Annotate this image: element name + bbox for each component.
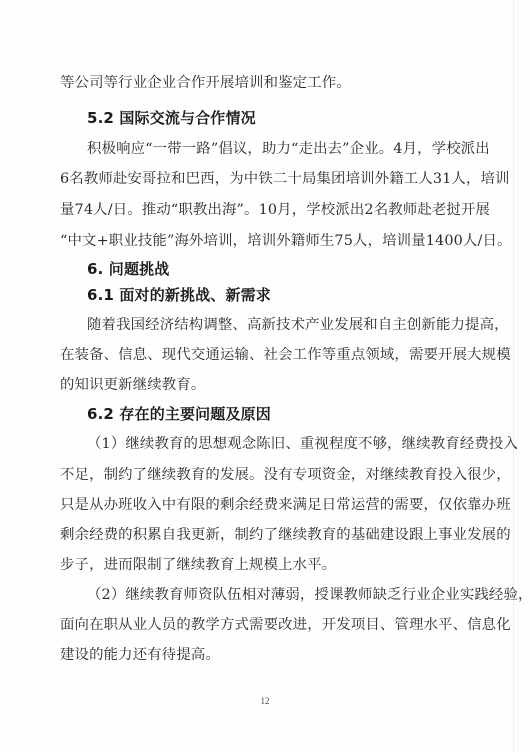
section-heading-6: 6. 问题挑战: [87, 260, 169, 278]
page-edge: [513, 0, 514, 752]
body-line: “中文+职业技能”海外培训，培训外籍师生75人，培训量1400人/日。: [60, 232, 512, 250]
body-line: （2）继续教育师资队伍相对薄弱，授课教师缺乏行业企业实践经验，: [87, 586, 530, 604]
body-line: 在装备、信息、现代交通运输、社会工作等重点领域，需要开展大规模: [60, 346, 511, 364]
section-heading-5-2: 5.2 国际交流与合作情况: [87, 109, 256, 127]
body-line: 步子，进而限制了继续教育上规模上水平。: [60, 556, 336, 574]
body-line: 建设的能力还有待提高。: [60, 646, 220, 664]
body-line: 随着我国经济结构调整、高新技术产业发展和自主创新能力提高，: [87, 316, 509, 334]
body-line: 积极响应“一带一路”倡议，助力“走出去”企业。4月，学校派出: [87, 140, 490, 158]
body-line: 不足，制约了继续教育的发展。没有专项资金，对继续教育投入很少，: [60, 466, 511, 484]
body-line: 面向在职从业人员的教学方式需要改进，开发项目、管理水平、信息化: [60, 616, 511, 634]
body-line: 等公司等行业企业合作开展培训和鉴定工作。: [60, 74, 351, 92]
body-line: 剩余经费的积累自我更新，制约了继续教育的基础建设跟上事业发展的: [60, 526, 511, 544]
body-line: （1）继续教育的思想观念陈旧、重视程度不够，继续教育经费投入: [87, 435, 518, 453]
body-line: 只是从办班收入中有限的剩余经费来满足日常运营的需要，仅依靠办班: [60, 496, 511, 514]
body-line: 量74人/日。推动“职教出海”。10月，学校派出2名教师赴老挝开展: [60, 201, 490, 219]
body-line: 的知识更新继续教育。: [60, 376, 205, 394]
body-line: 6名教师赴安哥拉和巴西，为中铁二十局集团培训外籍工人31人，培训: [60, 170, 510, 188]
document-page: 等公司等行业企业合作开展培训和鉴定工作。 5.2 国际交流与合作情况 积极响应“…: [0, 0, 530, 752]
section-heading-6-2: 6.2 存在的主要问题及原因: [87, 405, 271, 423]
page-number: 12: [0, 696, 530, 706]
section-heading-6-1: 6.1 面对的新挑战、新需求: [87, 286, 271, 304]
